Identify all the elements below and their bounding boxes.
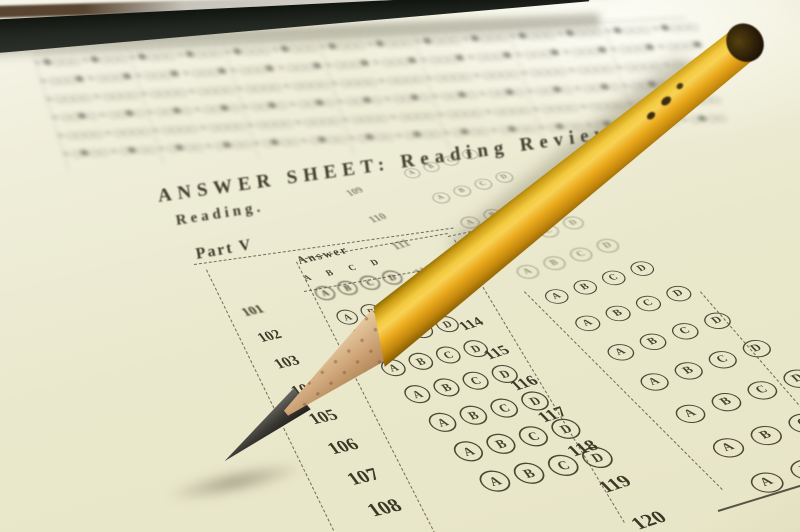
bubble-mark [613,28,621,33]
bubble-mark [598,47,606,52]
bubble-mark [698,116,706,121]
filled-mark [420,58,427,61]
bubble-mark [229,105,240,112]
bubble-mark [288,138,299,145]
filled-mark [331,82,338,85]
filled-mark [426,76,433,79]
bubble-mark [366,78,377,85]
bubble-mark [140,128,151,135]
bubble-mark [330,118,341,125]
filled-mark [415,40,422,43]
filled-mark [272,48,279,51]
filled-mark [63,152,70,155]
filled-mark [105,131,112,134]
filled-mark [177,53,184,56]
bubble-mark [313,63,321,68]
bubble-mark [604,65,615,72]
filled-mark [473,74,480,77]
filled-mark [532,107,539,110]
bubble-mark [128,147,136,152]
bubble-mark [241,141,252,148]
filled-mark [437,113,444,116]
filled-mark [300,139,307,142]
filled-mark [295,121,302,124]
filled-mark [479,92,486,95]
filled-mark [491,128,498,131]
filled-mark [342,118,349,121]
filled-mark [93,95,100,98]
filled-mark [378,79,385,82]
bubble-mark [508,126,516,131]
filled-mark [538,126,545,129]
bubble-mark [268,103,276,108]
filled-mark [46,97,53,100]
bubble-mark [336,136,347,143]
filled-mark [563,50,570,53]
bubble-mark [188,126,199,133]
filled-mark [146,110,153,113]
filled-mark [348,136,355,139]
filled-mark [188,89,195,92]
bubble-mark [123,74,131,79]
filled-mark [521,71,528,74]
bubble-mark [319,81,330,88]
filled-mark [158,147,165,150]
bubble-mark [562,86,573,93]
bubble-mark [526,125,537,132]
bubble-mark [716,115,727,122]
bubble-mark [471,36,479,41]
bubble-mark [233,49,241,54]
bubble-mark [640,26,651,33]
filled-mark [88,77,95,80]
filled-mark [253,142,260,145]
bubble-mark [315,100,323,105]
bubble-mark [176,89,187,96]
bubble-mark [497,34,508,41]
filled-mark [141,92,148,95]
bubble-mark [461,129,469,134]
filled-mark [384,97,391,100]
filled-mark [183,71,190,74]
bubble-mark [514,89,525,96]
bubble-mark [355,42,366,49]
bubble-mark [138,54,146,59]
bubble-mark [610,84,621,91]
filled-mark [34,61,41,64]
bubble-mark [710,96,721,103]
bubble-mark [277,102,288,109]
filled-mark [622,84,629,87]
bubble-mark [431,131,442,138]
bubble-mark [165,53,176,60]
bubble-mark [592,29,603,36]
filled-mark [205,144,212,147]
bubble-mark [467,91,478,98]
bubble-mark [478,128,489,135]
filled-mark [325,63,332,66]
filled-mark [568,68,575,71]
bubble-mark [283,120,294,127]
bubble-mark [383,133,394,140]
filled-mark [242,105,249,108]
photo-scene: ANSWER SHEET: Reading Review Reading. Pa… [0,0,800,532]
filled-mark [135,74,142,77]
bubble-mark [173,108,181,113]
filled-mark [468,55,475,58]
filled-mark [200,126,207,129]
bubble-mark [182,107,193,114]
filled-mark [319,45,326,48]
filled-mark [557,32,564,35]
bubble-mark [235,123,246,130]
bubble-mark [423,38,431,43]
bubble-mark [419,94,430,101]
bubble-mark [134,110,145,117]
bubble-mark [456,55,464,60]
bubble-mark [224,86,235,93]
bubble-mark [458,92,466,97]
bubble-mark [170,71,178,76]
filled-mark [652,27,659,30]
bubble-mark [361,60,369,65]
bubble-mark [80,150,88,155]
bubble-mark [260,47,271,54]
bubble-mark [411,95,419,100]
bubble-mark [125,111,133,116]
bubble-mark [87,113,98,120]
filled-mark [658,45,665,48]
filled-mark [510,35,517,38]
bubble-mark [281,46,289,51]
bubble-mark [175,145,183,150]
bubble-mark [271,84,282,91]
filled-mark [610,47,617,50]
bubble-mark [693,42,701,47]
filled-mark [110,149,117,152]
bubble-mark [78,113,86,118]
bubble-mark [518,33,526,38]
bubble-mark [70,58,81,65]
bubble-mark [568,104,579,111]
bubble-mark [193,144,204,151]
bubble-mark [425,112,436,119]
filled-mark [99,113,106,116]
bubble-mark [413,132,421,137]
filled-mark [283,84,290,87]
bubble-mark [75,76,83,81]
bubble-mark [551,50,559,55]
bubble-mark [117,55,128,62]
filled-mark [152,129,159,132]
bubble-mark [556,124,564,129]
bubble-mark [506,89,514,94]
filled-mark [605,29,612,32]
bubble-mark [450,37,461,44]
bubble-mark [265,66,273,71]
bubble-mark [270,140,278,145]
filled-mark [367,42,374,45]
filled-mark [57,134,64,137]
bubble-mark [328,44,336,49]
bubble-mark [223,142,231,147]
filled-mark [278,66,285,69]
filled-mark [224,50,231,53]
filled-mark [432,95,439,98]
filled-mark [194,108,201,111]
filled-mark [390,115,397,118]
bubble-mark [43,59,51,64]
bubble-mark [473,110,484,117]
filled-mark [580,105,587,108]
filled-mark [230,69,237,72]
bubble-mark [414,76,425,83]
bubble-mark [402,39,413,46]
bubble-mark [372,97,383,104]
bubble-mark [220,105,228,110]
bubble-mark [81,94,92,101]
filled-mark [527,89,534,92]
bubble-mark [363,97,371,102]
bubble-mark [646,44,654,49]
bubble-mark [545,31,556,38]
bubble-mark [365,134,373,139]
filled-mark [462,37,469,40]
bubble-mark [566,30,574,35]
bubble-mark [146,146,157,153]
filled-mark [129,56,136,59]
bubble-mark [324,99,335,106]
filled-mark [40,79,47,82]
bubble-mark [92,131,103,138]
bubble-mark [90,57,98,62]
filled-mark [574,87,581,90]
filled-mark [443,131,450,134]
filled-mark [515,53,522,56]
bubble-mark [307,45,318,52]
bubble-mark [661,25,669,30]
bubble-mark [218,68,226,73]
filled-mark [247,123,254,126]
bubble-mark [408,58,416,63]
filled-mark [51,116,58,119]
filled-mark [289,102,296,105]
bubble-mark [318,137,326,142]
bubble-mark [461,73,472,80]
bubble-mark [503,52,511,57]
bubble-mark [378,115,389,122]
bubble-mark [556,68,567,75]
filled-mark [395,134,402,137]
bubble-mark [186,51,194,56]
filled-mark [337,100,344,103]
bubble-mark [553,87,561,92]
bubble-mark [129,92,140,99]
bubble-mark [687,24,698,31]
bubble-mark [509,71,520,78]
filled-mark [616,66,623,69]
bubble-mark [376,41,384,46]
filled-mark [236,87,243,90]
bubble-mark [98,149,109,156]
filled-mark [485,110,492,113]
bubble-mark [601,84,609,89]
filled-mark [82,58,89,61]
filled-mark [373,61,380,64]
bubble-mark [212,50,223,57]
bubble-mark [520,107,531,114]
